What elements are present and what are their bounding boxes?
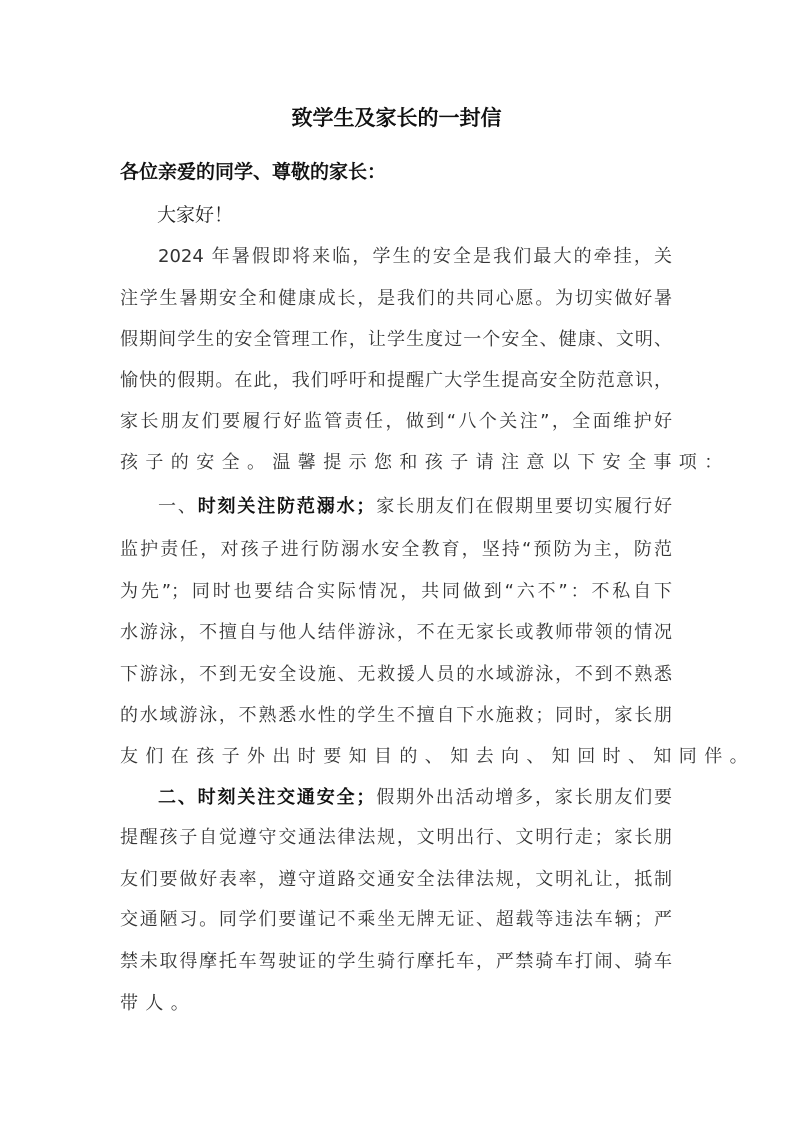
section-2-first-line: 二、时刻关注交通安全；假期外出活动增多，家长朋友们要: [158, 785, 672, 811]
section-1-line-6: 的水域游泳，不熟悉水性的学生不擅自下水施救；同时，家长朋: [120, 703, 672, 729]
salutation: 各位亲爱的同学、尊敬的家长：: [120, 159, 386, 185]
section-1-first-line-text: 家长朋友们在假期里要切实履行好: [374, 496, 672, 517]
section-2-line-4: 交通陋习。同学们要谨记不乘坐无牌无证、超载等违法车辆；严: [120, 907, 672, 933]
letter-title: 致学生及家长的一封信: [0, 104, 793, 132]
section-1-first-line: 一、时刻关注防范溺水；家长朋友们在假期里要切实履行好: [158, 494, 672, 520]
paragraph-1-line-3: 假期间学生的安全管理工作，让学生度过一个安全、健康、文明、: [120, 327, 672, 353]
section-2-line-5: 禁未取得摩托车驾驶证的学生骑行摩托车，严禁骑车打闹、骑车: [120, 949, 672, 975]
greeting: 大家好！: [157, 202, 233, 228]
section-2-first-line-text: 假期外出活动增多，家长朋友们要: [374, 787, 672, 808]
section-1-heading: 时刻关注防范溺水；: [198, 496, 375, 517]
section-1-number: 一、: [158, 496, 198, 517]
paragraph-1-line-1: 2024 年暑假即将来临，学生的安全是我们最大的牵挂，关: [158, 244, 672, 270]
section-2-line-2: 提醒孩子自觉遵守交通法律法规，文明出行、文明行走；家长朋: [120, 825, 672, 851]
paragraph-1-line-4: 愉快的假期。在此，我们呼吁和提醒广大学生提高安全防范意识，: [120, 368, 672, 394]
paragraph-1-line-2: 注学生暑期安全和健康成长，是我们的共同心愿。为切实做好暑: [120, 286, 672, 312]
paragraph-1-line-5: 家长朋友们要履行好监管责任，做到“八个关注”，全面维护好: [120, 409, 672, 435]
section-1-line-2: 监护责任，对孩子进行防溺水安全教育，坚持“预防为主，防范: [120, 537, 672, 563]
section-2-line-6: 带人。: [120, 991, 672, 1017]
paragraph-1-line-6: 孩子的安全。温馨提示您和孩子请注意以下安全事项：: [120, 450, 672, 476]
section-2-line-3: 友们要做好表率，遵守道路交通安全法律法规，文明礼让，抵制: [120, 867, 672, 893]
document-page: 致学生及家长的一封信 各位亲爱的同学、尊敬的家长： 大家好！ 2024 年暑假即…: [0, 0, 793, 1122]
section-1-line-5: 下游泳，不到无安全设施、无救援人员的水域游泳，不到不熟悉: [120, 662, 672, 688]
section-1-line-3: 为先”；同时也要结合实际情况，共同做到“六不”：不私自下: [120, 579, 672, 605]
section-1-line-7: 友们在孩子外出时要知目的、知去向、知回时、知同伴。: [120, 744, 672, 770]
section-1-line-4: 水游泳，不擅自与他人结伴游泳，不在无家长或教师带领的情况: [120, 620, 672, 646]
section-2-heading: 二、时刻关注交通安全；: [158, 787, 374, 808]
